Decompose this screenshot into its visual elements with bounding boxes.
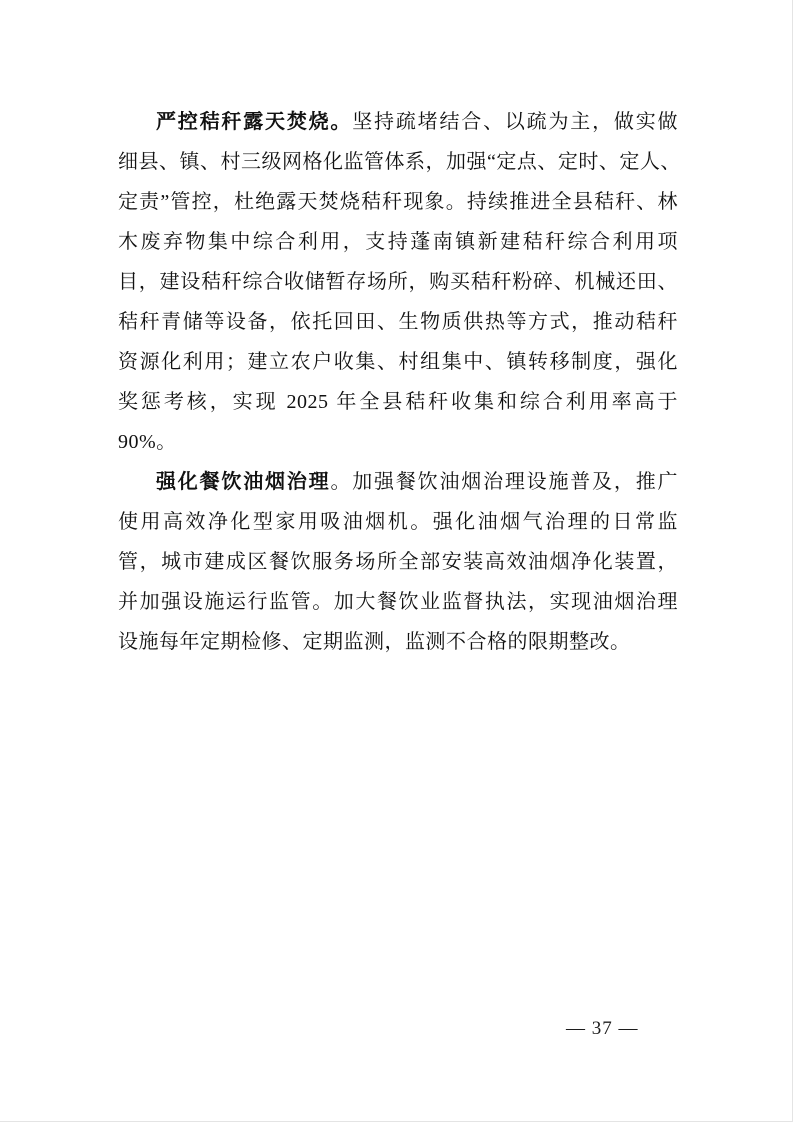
paragraph-line: 奖惩考核，实现 2025 年全县秸秆收集和综合利用率高于	[118, 382, 678, 422]
paragraph-line: 木废弃物集中综合利用，支持蓬南镇新建秸秆综合利用项	[118, 222, 678, 262]
paragraph-straw-burning: 严控秸秆露天焚烧。坚持疏堵结合、以疏为主，做实做 细县、镇、村三级网格化监管体系…	[118, 102, 678, 462]
text-body: 严控秸秆露天焚烧。坚持疏堵结合、以疏为主，做实做 细县、镇、村三级网格化监管体系…	[118, 102, 678, 662]
paragraph-cooking-fumes: 强化餐饮油烟治理。加强餐饮油烟治理设施普及，推广 使用高效净化型家用吸油烟机。强…	[118, 462, 678, 662]
paragraph-line: 并加强设施运行监管。加大餐饮业监督执法，实现油烟治理	[118, 582, 678, 622]
document-page: 严控秸秆露天焚烧。坚持疏堵结合、以疏为主，做实做 细县、镇、村三级网格化监管体系…	[0, 0, 793, 1122]
paragraph-line: 严控秸秆露天焚烧。坚持疏堵结合、以疏为主，做实做	[118, 102, 678, 142]
paragraph-lead: 强化餐饮油烟治理	[156, 471, 330, 493]
paragraph-text: 坚持疏堵结合、以疏为主，做实做	[352, 111, 678, 133]
paragraph-line: 秸秆青储等设备，依托回田、生物质供热等方式，推动秸秆	[118, 302, 678, 342]
paragraph-line: 90%。	[118, 422, 678, 462]
paragraph-line: 使用高效净化型家用吸油烟机。强化油烟气治理的日常监	[118, 502, 678, 542]
paragraph-line: 设施每年定期检修、定期监测，监测不合格的限期整改。	[118, 622, 678, 662]
paragraph-line: 细县、镇、村三级网格化监管体系，加强“定点、定时、定人、	[118, 142, 678, 182]
paragraph-line: 强化餐饮油烟治理。加强餐饮油烟治理设施普及，推广	[118, 462, 678, 502]
paragraph-line: 管，城市建成区餐饮服务场所全部安装高效油烟净化装置，	[118, 542, 678, 582]
paragraph-line: 资源化利用；建立农户收集、村组集中、镇转移制度，强化	[118, 342, 678, 382]
paragraph-lead: 严控秸秆露天焚烧。	[156, 111, 352, 133]
paragraph-line: 目，建设秸秆综合收储暂存场所，购买秸秆粉碎、机械还田、	[118, 262, 678, 302]
paragraph-line: 定责”管控，杜绝露天焚烧秸秆现象。持续推进全县秸秆、林	[118, 182, 678, 222]
page-number: — 37 —	[566, 1018, 639, 1040]
paragraph-text: 。加强餐饮油烟治理设施普及，推广	[330, 471, 678, 493]
